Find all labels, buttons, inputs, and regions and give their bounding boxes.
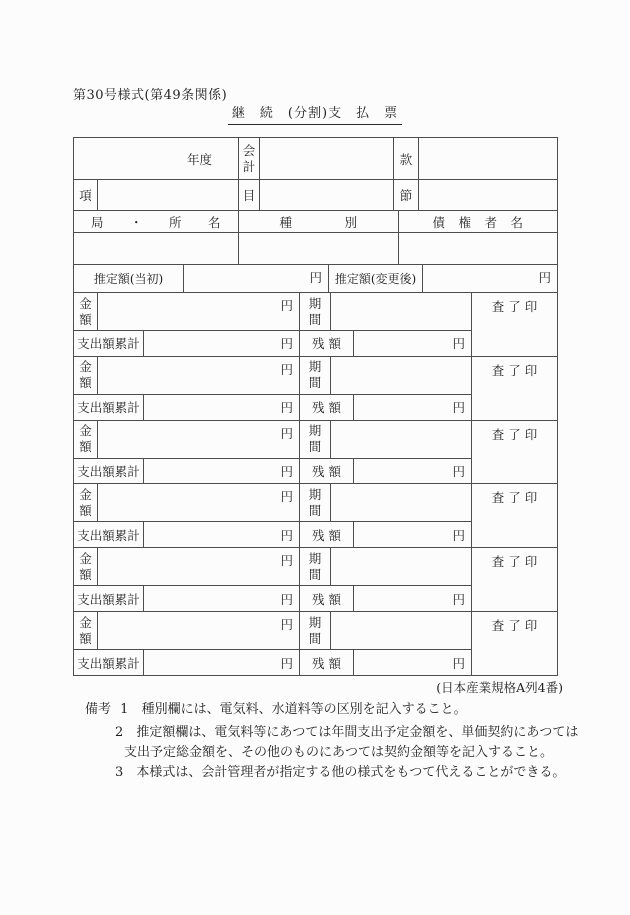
payment-block-5: 金額 円 期間 査 了 印 支出額累計 円 残 額 円 bbox=[74, 548, 557, 612]
balance-value-cell: 円 bbox=[354, 331, 472, 356]
yen-label: 円 bbox=[280, 334, 293, 352]
note-line-4: 3 本様式は、会計管理者が指定する他の様式をもつて代えることができる。 bbox=[115, 761, 565, 780]
creditor-value-cell bbox=[399, 233, 557, 265]
balance-label-cell: 残 額 bbox=[300, 650, 354, 675]
cumulative-value-cell: 円 bbox=[144, 522, 300, 547]
period-value-cell bbox=[331, 357, 472, 395]
period-label: 期間 bbox=[308, 487, 323, 519]
creditor-header-cell: 債 権 者 名 bbox=[399, 211, 557, 233]
moku-label: 目 bbox=[243, 186, 256, 204]
notes-heading: 備考 bbox=[85, 698, 111, 717]
yen-label: 円 bbox=[452, 398, 465, 416]
inspection-seal-cell: 査 了 印 bbox=[472, 484, 557, 547]
note-number: 1 bbox=[120, 702, 128, 717]
title-row: 継 続 (分割)支 払 票 bbox=[0, 102, 630, 125]
period-label-cell: 期間 bbox=[300, 612, 331, 650]
period-label: 期間 bbox=[308, 359, 323, 391]
yen-label: 円 bbox=[452, 334, 465, 352]
ko-label: 項 bbox=[79, 186, 92, 204]
kan-label: 款 bbox=[400, 150, 413, 168]
yen-label: 円 bbox=[280, 424, 293, 442]
note-line-2: 2 推定額欄は、電気料等にあつては年間支出予定金額を、単価契約にあつては bbox=[115, 721, 578, 740]
balance-label-cell: 残 額 bbox=[300, 522, 354, 547]
balance-label: 残 額 bbox=[312, 334, 341, 352]
balance-label: 残 額 bbox=[312, 526, 341, 544]
inspection-seal-cell: 査 了 印 bbox=[472, 421, 557, 484]
note-text: 本様式は、会計管理者が指定する他の様式をもつて代えることができる。 bbox=[136, 765, 565, 780]
cumulative-label: 支出額累計 bbox=[77, 398, 140, 416]
period-label: 期間 bbox=[308, 615, 323, 647]
balance-label: 残 額 bbox=[312, 462, 341, 480]
period-label-cell: 期間 bbox=[300, 484, 331, 522]
period-label: 期間 bbox=[308, 423, 323, 455]
amount-label-cell: 金額 bbox=[74, 484, 98, 522]
inspection-seal-cell: 査 了 印 bbox=[472, 293, 557, 356]
setsu-label-cell: 節 bbox=[394, 180, 419, 211]
type-header-cell: 種 別 bbox=[239, 211, 399, 233]
amount-label: 金額 bbox=[78, 359, 93, 391]
amount-label: 金額 bbox=[78, 423, 93, 455]
payment-block-3: 金額 円 期間 査 了 印 支出額累計 円 残 額 円 bbox=[74, 421, 557, 485]
cumulative-label-cell: 支出額累計 bbox=[74, 395, 144, 420]
ko-label-cell: 項 bbox=[74, 180, 98, 211]
account-label-cell: 会計 bbox=[239, 138, 260, 180]
inspection-seal-label: 査 了 印 bbox=[492, 488, 537, 506]
balance-value-cell: 円 bbox=[354, 395, 472, 420]
yen-label: 円 bbox=[280, 590, 293, 608]
yen-label: 円 bbox=[309, 268, 322, 286]
bureau-office-header-cell: 局 ・ 所 名 bbox=[74, 211, 239, 233]
payment-block-6: 金額 円 期間 査 了 印 支出額累計 円 残 額 円 bbox=[74, 612, 557, 675]
amount-label-cell: 金額 bbox=[74, 293, 98, 331]
payment-blocks: 金額 円 期間 査 了 印 支出額累計 円 残 額 円 金額 円 期間 査 了 … bbox=[74, 293, 557, 675]
estimate-revised-label: 推定額(変更後) bbox=[335, 270, 416, 287]
note-number: 3 bbox=[115, 765, 123, 780]
amount-value-cell: 円 bbox=[98, 484, 300, 522]
period-value-cell bbox=[331, 484, 472, 522]
type-value-cell bbox=[239, 233, 399, 265]
cumulative-label-cell: 支出額累計 bbox=[74, 459, 144, 484]
balance-label-cell: 残 額 bbox=[300, 586, 354, 611]
yen-label: 円 bbox=[280, 296, 293, 314]
inspection-seal-label: 査 了 印 bbox=[492, 616, 537, 634]
period-label-cell: 期間 bbox=[300, 548, 331, 586]
balance-label-cell: 残 額 bbox=[300, 395, 354, 420]
balance-value-cell: 円 bbox=[354, 586, 472, 611]
amount-value-cell: 円 bbox=[98, 548, 300, 586]
note-line-1: 備考 1 種別欄には、電気料、水道料等の区別を記入すること。 bbox=[85, 698, 467, 717]
inspection-seal-label: 査 了 印 bbox=[492, 425, 537, 443]
balance-value-cell: 円 bbox=[354, 459, 472, 484]
balance-value-cell: 円 bbox=[354, 522, 472, 547]
note-line-3: 支出予定総金額を、その他のものにあつては契約金額等を記入すること。 bbox=[124, 741, 553, 760]
creditor-header: 債 権 者 名 bbox=[432, 213, 523, 231]
yen-label: 円 bbox=[280, 526, 293, 544]
yen-label: 円 bbox=[280, 487, 293, 505]
balance-value-cell: 円 bbox=[354, 650, 472, 675]
fiscal-year-label: 年度 bbox=[187, 150, 212, 168]
cumulative-value-cell: 円 bbox=[144, 586, 300, 611]
inspection-seal-cell: 査 了 印 bbox=[472, 612, 557, 675]
cumulative-label: 支出額累計 bbox=[77, 590, 140, 608]
inspection-seal-label: 査 了 印 bbox=[492, 361, 537, 379]
amount-label-cell: 金額 bbox=[74, 421, 98, 459]
type-header: 種 別 bbox=[279, 213, 357, 231]
amount-value-cell: 円 bbox=[98, 421, 300, 459]
estimate-revised-value-cell: 円 bbox=[423, 265, 557, 293]
moku-label-cell: 目 bbox=[239, 180, 260, 211]
account-label: 会計 bbox=[242, 143, 257, 175]
period-label: 期間 bbox=[308, 551, 323, 583]
yen-label: 円 bbox=[538, 268, 551, 286]
amount-label: 金額 bbox=[78, 487, 93, 519]
balance-label: 残 額 bbox=[312, 398, 341, 416]
cumulative-label-cell: 支出額累計 bbox=[74, 522, 144, 547]
note-number: 2 bbox=[115, 725, 123, 740]
amount-value-cell: 円 bbox=[98, 293, 300, 331]
cumulative-value-cell: 円 bbox=[144, 395, 300, 420]
form-number: 第30号様式(第49条関係) bbox=[73, 84, 227, 103]
setsu-label: 節 bbox=[400, 186, 413, 204]
cumulative-label: 支出額累計 bbox=[77, 654, 140, 672]
period-label: 期間 bbox=[308, 296, 323, 328]
yen-label: 円 bbox=[280, 398, 293, 416]
note-text: 種別欄には、電気料、水道料等の区別を記入すること。 bbox=[142, 702, 467, 717]
amount-label-cell: 金額 bbox=[74, 357, 98, 395]
period-label-cell: 期間 bbox=[300, 293, 331, 331]
amount-value-cell: 円 bbox=[98, 612, 300, 650]
fiscal-year-cell: 年度 bbox=[74, 138, 239, 180]
estimate-initial-value-cell: 円 bbox=[184, 265, 329, 293]
payment-block-4: 金額 円 期間 査 了 印 支出額累計 円 残 額 円 bbox=[74, 484, 557, 548]
cumulative-label: 支出額累計 bbox=[77, 462, 140, 480]
payment-form-table: 年度 会計 款 項 目 節 局 ・ 所 名 種 別 債 権 bbox=[73, 137, 558, 676]
yen-label: 円 bbox=[280, 551, 293, 569]
kan-label-cell: 款 bbox=[394, 138, 419, 180]
payment-block-2: 金額 円 期間 査 了 印 支出額累計 円 残 額 円 bbox=[74, 357, 557, 421]
yen-label: 円 bbox=[452, 462, 465, 480]
moku-value-cell bbox=[260, 180, 394, 211]
yen-label: 円 bbox=[280, 462, 293, 480]
cumulative-value-cell: 円 bbox=[144, 331, 300, 356]
form-page: 第30号様式(第49条関係) 継 続 (分割)支 払 票 年度 会計 款 項 目… bbox=[0, 0, 630, 915]
yen-label: 円 bbox=[280, 615, 293, 633]
inspection-seal-label: 査 了 印 bbox=[492, 552, 537, 570]
amount-label: 金額 bbox=[78, 615, 93, 647]
yen-label: 円 bbox=[280, 654, 293, 672]
yen-label: 円 bbox=[452, 654, 465, 672]
amount-label: 金額 bbox=[78, 551, 93, 583]
setsu-value-cell bbox=[419, 180, 557, 211]
cumulative-label: 支出額累計 bbox=[77, 526, 140, 544]
period-value-cell bbox=[331, 293, 472, 331]
period-value-cell bbox=[331, 421, 472, 459]
period-value-cell bbox=[331, 612, 472, 650]
cumulative-value-cell: 円 bbox=[144, 459, 300, 484]
amount-value-cell: 円 bbox=[98, 357, 300, 395]
balance-label: 残 額 bbox=[312, 654, 341, 672]
period-label-cell: 期間 bbox=[300, 421, 331, 459]
amount-label-cell: 金額 bbox=[74, 548, 98, 586]
amount-label-cell: 金額 bbox=[74, 612, 98, 650]
inspection-seal-label: 査 了 印 bbox=[492, 297, 537, 315]
balance-label-cell: 残 額 bbox=[300, 459, 354, 484]
inspection-seal-cell: 査 了 印 bbox=[472, 548, 557, 611]
note-text: 推定額欄は、電気料等にあつては年間支出予定金額を、単価契約にあつては bbox=[136, 725, 578, 740]
balance-label-cell: 残 額 bbox=[300, 331, 354, 356]
amount-label: 金額 bbox=[78, 296, 93, 328]
inspection-seal-cell: 査 了 印 bbox=[472, 357, 557, 420]
account-value-cell bbox=[260, 138, 394, 180]
bureau-office-header: 局 ・ 所 名 bbox=[91, 213, 221, 231]
kan-value-cell bbox=[419, 138, 557, 180]
bureau-office-value-cell bbox=[74, 233, 239, 265]
paper-size-note: (日本産業規格A列4番) bbox=[73, 678, 563, 696]
cumulative-value-cell: 円 bbox=[144, 650, 300, 675]
cumulative-label: 支出額累計 bbox=[77, 334, 140, 352]
cumulative-label-cell: 支出額累計 bbox=[74, 586, 144, 611]
period-value-cell bbox=[331, 548, 472, 586]
note-text: 支出予定総金額を、その他のものにあつては契約金額等を記入すること。 bbox=[124, 745, 553, 760]
estimate-initial-label: 推定額(当初) bbox=[94, 270, 163, 287]
yen-label: 円 bbox=[452, 526, 465, 544]
balance-label: 残 額 bbox=[312, 590, 341, 608]
period-label-cell: 期間 bbox=[300, 357, 331, 395]
form-title: 継 続 (分割)支 払 票 bbox=[228, 102, 402, 125]
yen-label: 円 bbox=[452, 590, 465, 608]
cumulative-label-cell: 支出額累計 bbox=[74, 650, 144, 675]
yen-label: 円 bbox=[280, 360, 293, 378]
cumulative-label-cell: 支出額累計 bbox=[74, 331, 144, 356]
ko-value-cell bbox=[98, 180, 239, 211]
payment-block-1: 金額 円 期間 査 了 印 支出額累計 円 残 額 円 bbox=[74, 293, 557, 357]
estimate-initial-label-cell: 推定額(当初) bbox=[74, 265, 184, 293]
estimate-revised-label-cell: 推定額(変更後) bbox=[329, 265, 423, 293]
